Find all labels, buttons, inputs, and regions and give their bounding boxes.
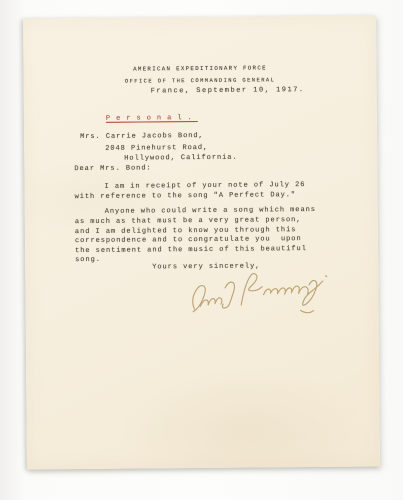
body-paragraph-2-line-4: correspondence and to congratulate you u… bbox=[75, 235, 302, 245]
recipient-street: 2048 Pinehurst Road, bbox=[105, 144, 208, 153]
letterhead-line-2: OFFICE OF THE COMMANDING GENERAL bbox=[24, 75, 377, 86]
recipient-name: Mrs. Carrie Jacobs Bond, bbox=[80, 132, 204, 141]
body-paragraph-2-line-1: Anyone who could write a song which mean… bbox=[105, 206, 316, 216]
body-paragraph-2-line-6: song. bbox=[75, 256, 101, 264]
body-paragraph-1-line-2: with reference to the song "A Perfect Da… bbox=[75, 191, 297, 201]
signature bbox=[182, 257, 350, 327]
salutation: Dear Mrs. Bond: bbox=[74, 164, 151, 173]
body-paragraph-2-line-2: as much as that must be a very great per… bbox=[75, 216, 302, 226]
letterhead-line-1: AMERICAN EXPEDITIONARY FORCE bbox=[23, 63, 376, 74]
classification-label: Personal. bbox=[106, 114, 198, 123]
body-paragraph-1-line-1: I am in receipt of your note of July 26 bbox=[104, 181, 305, 191]
dateline: France, September 10, 1917. bbox=[151, 86, 305, 95]
recipient-city: Hollywood, California. bbox=[124, 154, 237, 163]
letter-page: AMERICAN EXPEDITIONARY FORCE OFFICE OF T… bbox=[23, 15, 380, 469]
body-paragraph-2-line-3: and I am delighted to know you through t… bbox=[75, 226, 297, 236]
body-paragraph-2-line-5: the sentiment and the music of this beau… bbox=[75, 245, 307, 255]
photo-of-letter: AMERICAN EXPEDITIONARY FORCE OFFICE OF T… bbox=[0, 0, 403, 500]
